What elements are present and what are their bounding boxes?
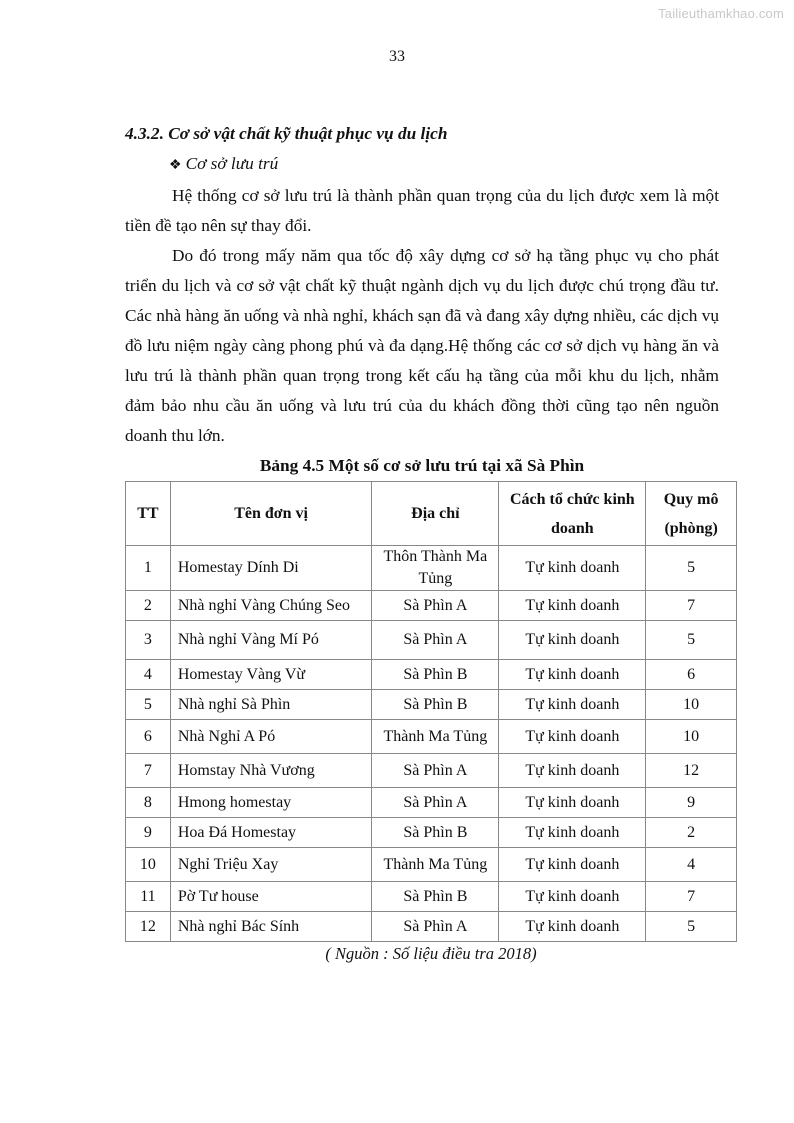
page-number: 33 bbox=[0, 48, 794, 66]
cell-rooms: 7 bbox=[646, 591, 737, 621]
table-row: 5Nhà nghỉ Sà PhìnSà Phìn BTự kinh doanh1… bbox=[126, 690, 737, 720]
sub-heading: ❖Cơ sở lưu trú bbox=[125, 149, 719, 181]
cell-name: Pờ Tư house bbox=[170, 882, 371, 912]
cell-tt: 4 bbox=[126, 660, 171, 690]
table-source: ( Nguồn : Số liệu điều tra 2018) bbox=[125, 944, 737, 964]
cell-business-type: Tự kinh doanh bbox=[499, 912, 646, 942]
cell-name: Nhà nghỉ Vàng Chúng Seo bbox=[170, 591, 371, 621]
cell-name: Nghỉ Triệu Xay bbox=[170, 848, 371, 882]
table-header-row: TT Tên đơn vị Địa chỉ Cách tổ chức kinh … bbox=[126, 482, 737, 546]
cell-rooms: 5 bbox=[646, 912, 737, 942]
cell-business-type: Tự kinh doanh bbox=[499, 546, 646, 591]
table-row: 4Homestay Vàng VừSà Phìn BTự kinh doanh6 bbox=[126, 660, 737, 690]
cell-business-type: Tự kinh doanh bbox=[499, 690, 646, 720]
cell-rooms: 2 bbox=[646, 818, 737, 848]
accommodation-table: TT Tên đơn vị Địa chỉ Cách tổ chức kinh … bbox=[125, 481, 737, 942]
header-rooms: Quy mô (phòng) bbox=[646, 482, 737, 546]
cell-address: Sà Phìn B bbox=[372, 882, 499, 912]
cell-rooms: 10 bbox=[646, 690, 737, 720]
cell-address: Sà Phìn A bbox=[372, 912, 499, 942]
cell-business-type: Tự kinh doanh bbox=[499, 788, 646, 818]
cell-name: Nhà nghỉ Bác Sính bbox=[170, 912, 371, 942]
cell-tt: 2 bbox=[126, 591, 171, 621]
cell-name: Nhà nghỉ Sà Phìn bbox=[170, 690, 371, 720]
cell-address: Sà Phìn A bbox=[372, 788, 499, 818]
cell-business-type: Tự kinh doanh bbox=[499, 591, 646, 621]
cell-tt: 12 bbox=[126, 912, 171, 942]
cell-business-type: Tự kinh doanh bbox=[499, 621, 646, 660]
table-caption: Bảng 4.5 Một số cơ sở lưu trú tại xã Sà … bbox=[125, 451, 719, 481]
cell-rooms: 7 bbox=[646, 882, 737, 912]
cell-name: Nhà nghỉ Vàng Mí Pó bbox=[170, 621, 371, 660]
cell-address: Sà Phìn B bbox=[372, 690, 499, 720]
cell-address: Sà Phìn B bbox=[372, 660, 499, 690]
cell-address: Sà Phìn A bbox=[372, 591, 499, 621]
cell-address: Sà Phìn A bbox=[372, 754, 499, 788]
table-row: 2Nhà nghỉ Vàng Chúng SeoSà Phìn ATự kinh… bbox=[126, 591, 737, 621]
cell-tt: 8 bbox=[126, 788, 171, 818]
cell-rooms: 5 bbox=[646, 546, 737, 591]
cell-rooms: 9 bbox=[646, 788, 737, 818]
sub-heading-text: Cơ sở lưu trú bbox=[186, 154, 279, 173]
cell-name: Nhà Nghỉ A Pó bbox=[170, 720, 371, 754]
header-business-type: Cách tổ chức kinh doanh bbox=[499, 482, 646, 546]
cell-rooms: 12 bbox=[646, 754, 737, 788]
cell-business-type: Tự kinh doanh bbox=[499, 848, 646, 882]
paragraph: Hệ thống cơ sở lưu trú là thành phần qua… bbox=[125, 181, 719, 241]
cell-rooms: 5 bbox=[646, 621, 737, 660]
cell-rooms: 6 bbox=[646, 660, 737, 690]
cell-business-type: Tự kinh doanh bbox=[499, 818, 646, 848]
cell-tt: 1 bbox=[126, 546, 171, 591]
cell-address: Sà Phìn B bbox=[372, 818, 499, 848]
table-row: 3Nhà nghỉ Vàng Mí PóSà Phìn ATự kinh doa… bbox=[126, 621, 737, 660]
cell-tt: 9 bbox=[126, 818, 171, 848]
cell-name: Hoa Đá Homestay bbox=[170, 818, 371, 848]
header-tt: TT bbox=[126, 482, 171, 546]
cell-tt: 5 bbox=[126, 690, 171, 720]
cell-address: Sà Phìn A bbox=[372, 621, 499, 660]
cell-name: Homstay Nhà Vương bbox=[170, 754, 371, 788]
cell-name: Homestay Vàng Vừ bbox=[170, 660, 371, 690]
cell-tt: 7 bbox=[126, 754, 171, 788]
section-heading: 4.3.2. Cơ sở vật chất kỹ thuật phục vụ d… bbox=[125, 119, 719, 149]
cell-business-type: Tự kinh doanh bbox=[499, 660, 646, 690]
cell-tt: 11 bbox=[126, 882, 171, 912]
table-row: 1Homestay Dính DiThôn Thành Ma TủngTự ki… bbox=[126, 546, 737, 591]
header-address: Địa chỉ bbox=[372, 482, 499, 546]
cell-rooms: 10 bbox=[646, 720, 737, 754]
cell-tt: 3 bbox=[126, 621, 171, 660]
header-name: Tên đơn vị bbox=[170, 482, 371, 546]
table-row: 6Nhà Nghỉ A PóThành Ma TủngTự kinh doanh… bbox=[126, 720, 737, 754]
cell-address: Thành Ma Tủng bbox=[372, 848, 499, 882]
table-row: 10Nghỉ Triệu XayThành Ma TủngTự kinh doa… bbox=[126, 848, 737, 882]
cell-address: Thành Ma Tủng bbox=[372, 720, 499, 754]
cell-business-type: Tự kinh doanh bbox=[499, 720, 646, 754]
paragraph: Do đó trong mấy năm qua tốc độ xây dựng … bbox=[125, 241, 719, 451]
cell-rooms: 4 bbox=[646, 848, 737, 882]
cell-tt: 10 bbox=[126, 848, 171, 882]
document-body: 4.3.2. Cơ sở vật chất kỹ thuật phục vụ d… bbox=[125, 119, 719, 481]
cell-business-type: Tự kinh doanh bbox=[499, 754, 646, 788]
table-row: 11Pờ Tư houseSà Phìn BTự kinh doanh7 bbox=[126, 882, 737, 912]
table-row: 9Hoa Đá HomestaySà Phìn BTự kinh doanh2 bbox=[126, 818, 737, 848]
cell-business-type: Tự kinh doanh bbox=[499, 882, 646, 912]
cell-name: Hmong homestay bbox=[170, 788, 371, 818]
cell-tt: 6 bbox=[126, 720, 171, 754]
table-row: 12Nhà nghỉ Bác SínhSà Phìn ATự kinh doan… bbox=[126, 912, 737, 942]
cell-address: Thôn Thành Ma Tủng bbox=[372, 546, 499, 591]
cell-name: Homestay Dính Di bbox=[170, 546, 371, 591]
table-row: 7Homstay Nhà VươngSà Phìn ATự kinh doanh… bbox=[126, 754, 737, 788]
table-row: 8Hmong homestaySà Phìn ATự kinh doanh9 bbox=[126, 788, 737, 818]
diamond-bullet-icon: ❖ bbox=[169, 158, 182, 173]
watermark: Tailieuthamkhao.com bbox=[658, 6, 784, 21]
table-body: 1Homestay Dính DiThôn Thành Ma TủngTự ki… bbox=[126, 546, 737, 942]
